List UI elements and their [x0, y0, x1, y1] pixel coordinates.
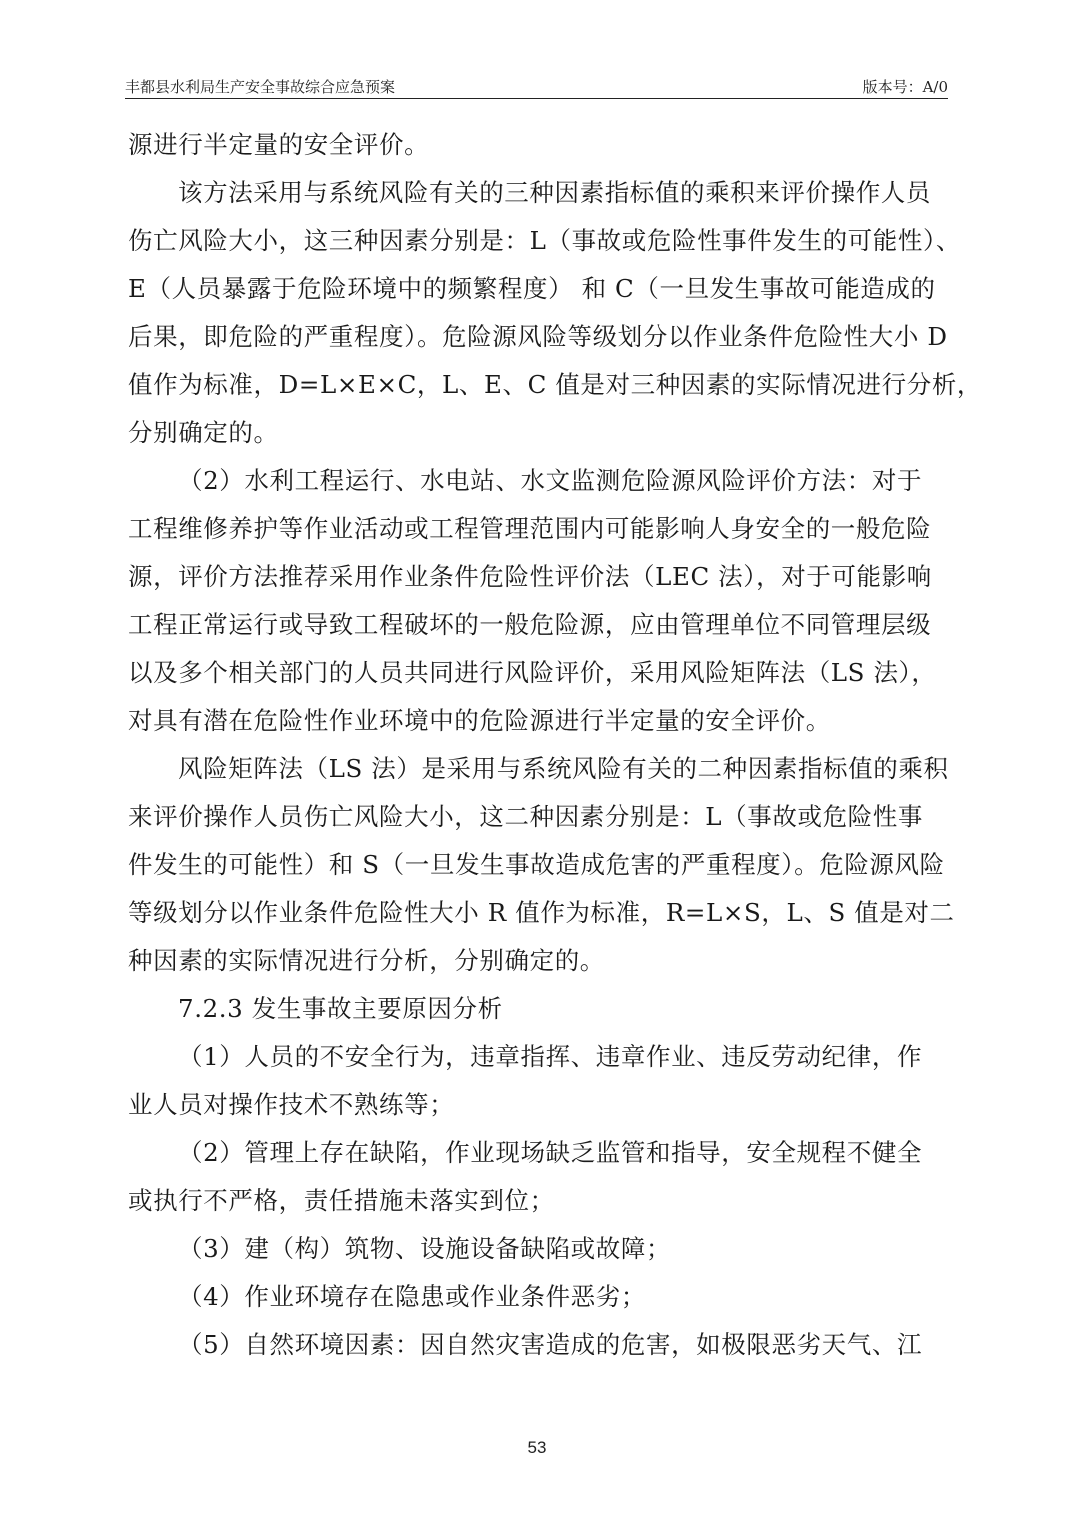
text-line: （5）自然环境因素：因自然灾害造成的危害，如极限恶劣天气、江: [128, 1321, 950, 1369]
version-label: 版本号：A/0: [863, 78, 948, 98]
text-line: E（人员暴露于危险环境中的频繁程度） 和 C（一旦发生事故可能造成的: [128, 265, 950, 313]
text-line: 件发生的可能性）和 S（一旦发生事故造成危害的严重程度）。危险源风险: [128, 841, 950, 889]
text-line: 或执行不严格，责任措施未落实到位；: [128, 1177, 950, 1225]
text-line: （1）人员的不安全行为，违章指挥、违章作业、违反劳动纪律，作: [128, 1033, 950, 1081]
text-line: （2）水利工程运行、水电站、水文监测危险源风险评价方法：对于: [128, 457, 950, 505]
text-line: 种因素的实际情况进行分析，分别确定的。: [128, 937, 950, 985]
text-line: 对具有潜在危险性作业环境中的危险源进行半定量的安全评价。: [128, 697, 950, 745]
text-line: 业人员对操作技术不熟练等；: [128, 1081, 950, 1129]
text-line: 以及多个相关部门的人员共同进行风险评价，采用风险矩阵法（LS 法），: [128, 649, 950, 697]
text-line: 伤亡风险大小，这三种因素分别是：L（事故或危险性事件发生的可能性）、: [128, 217, 950, 265]
section-heading: 7.2.3 发生事故主要原因分析: [128, 985, 950, 1033]
page-number: 53: [0, 1438, 1074, 1458]
text-line: 源，评价方法推荐采用作业条件危险性评价法（LEC 法），对于可能影响: [128, 553, 950, 601]
text-line: 源进行半定量的安全评价。: [128, 121, 950, 169]
text-line: 分别确定的。: [128, 409, 950, 457]
text-line: 值作为标准，D=L×E×C，L、E、C 值是对三种因素的实际情况进行分析，: [128, 361, 950, 409]
text-line: 后果，即危险的严重程度）。危险源风险等级划分以作业条件危险性大小 D: [128, 313, 950, 361]
text-line: （4）作业环境存在隐患或作业条件恶劣；: [128, 1273, 950, 1321]
text-line: 该方法采用与系统风险有关的三种因素指标值的乘积来评价操作人员: [128, 169, 950, 217]
page-header: 丰都县水利局生产安全事故综合应急预案 版本号：A/0: [125, 76, 948, 99]
document-title: 丰都县水利局生产安全事故综合应急预案: [125, 78, 395, 98]
body-text: 源进行半定量的安全评价。 该方法采用与系统风险有关的三种因素指标值的乘积来评价操…: [128, 121, 950, 1369]
text-line: 工程维修养护等作业活动或工程管理范围内可能影响人身安全的一般危险: [128, 505, 950, 553]
text-line: 来评价操作人员伤亡风险大小，这二种因素分别是：L（事故或危险性事: [128, 793, 950, 841]
text-line: （2）管理上存在缺陷，作业现场缺乏监管和指导，安全规程不健全: [128, 1129, 950, 1177]
text-line: （3）建（构）筑物、设施设备缺陷或故障；: [128, 1225, 950, 1273]
text-line: 风险矩阵法（LS 法）是采用与系统风险有关的二种因素指标值的乘积: [128, 745, 950, 793]
text-line: 等级划分以作业条件危险性大小 R 值作为标准，R=L×S，L、S 值是对二: [128, 889, 950, 937]
text-line: 工程正常运行或导致工程破坏的一般危险源，应由管理单位不同管理层级: [128, 601, 950, 649]
